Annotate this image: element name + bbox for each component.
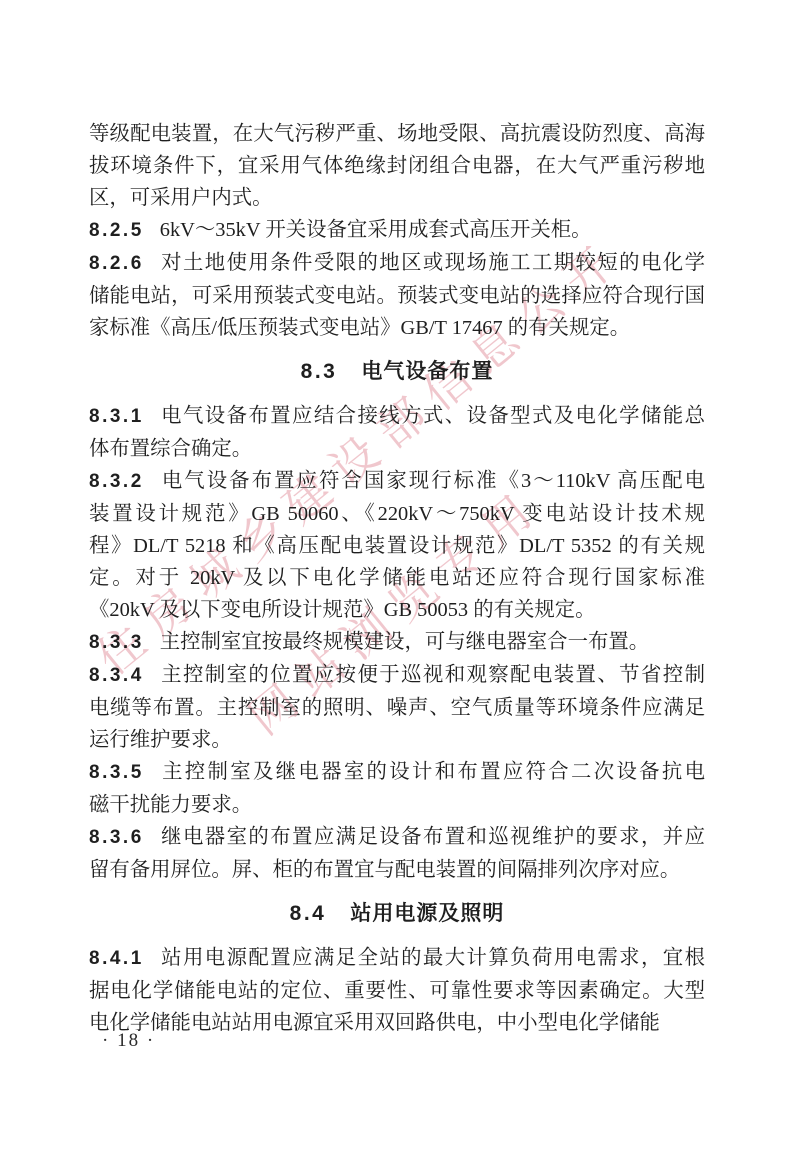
body-line: 8.3.6继电器室的布置应满足设备布置和巡视维护的要求，并应 bbox=[89, 821, 705, 854]
section-number: 8.3 bbox=[301, 360, 338, 383]
line-text: 电气设备布置应符合国家现行标准《3～110kV 高压配电 bbox=[160, 470, 705, 492]
clause-paragraph: 8.3.1电气设备布置应结合接线方式、设备型式及电化学储能总体布置综合确定。 bbox=[89, 400, 705, 465]
body-line: 运行维护要求。 bbox=[89, 724, 705, 756]
section-heading: 8.3电气设备布置 bbox=[89, 355, 705, 389]
line-text: 6kV～35kV 开关设备宜采用成套式高压开关柜。 bbox=[160, 219, 592, 241]
body-line: 8.3.4主控制室的位置应按便于巡视和观察配电装置、节省控制 bbox=[89, 659, 705, 692]
body-line: 区，可采用户内式。 bbox=[89, 182, 705, 214]
line-text: 运行维护要求。 bbox=[89, 729, 232, 751]
line-text: 电缆等布置。主控制室的照明、噪声、空气质量等环境条件应满足 bbox=[89, 697, 705, 719]
body-line: 装置设计规范》GB 50060、《220kV～750kV 变电站设计技术规 bbox=[89, 498, 705, 530]
body-line: 储能电站，可采用预装式变电站。预装式变电站的选择应符合现行国 bbox=[89, 280, 705, 312]
line-text: 拔环境条件下，宜采用气体绝缘封闭组合电器，在大气严重污秽地 bbox=[89, 155, 705, 177]
line-text: 电化学储能电站站用电源宜采用双回路供电，中小型电化学储能 bbox=[89, 1012, 660, 1034]
line-text: 等级配电装置，在大气污秽严重、场地受限、高抗震设防烈度、高海 bbox=[89, 123, 705, 145]
line-text: 站用电源配置应满足全站的最大计算负荷用电需求，宜根 bbox=[160, 947, 705, 969]
body-line: 定。对于 20kV 及以下电化学储能电站还应符合现行国家标准 bbox=[89, 562, 705, 594]
body-line: 8.3.5主控制室及继电器室的设计和布置应符合二次设备抗电 bbox=[89, 756, 705, 789]
body-line: 家标准《高压/低压预装式变电站》GB/T 17467 的有关规定。 bbox=[89, 312, 705, 344]
section-title: 电气设备布置 bbox=[361, 360, 493, 383]
clause-paragraph: 8.3.2电气设备布置应符合国家现行标准《3～110kV 高压配电装置设计规范》… bbox=[89, 465, 705, 626]
body-line: 磁干扰能力要求。 bbox=[89, 789, 705, 821]
line-text: 主控制室及继电器室的设计和布置应符合二次设备抗电 bbox=[160, 761, 705, 783]
clause-paragraph: 8.3.6继电器室的布置应满足设备布置和巡视维护的要求，并应留有备用屏位。屏、柜… bbox=[89, 821, 705, 886]
section-title: 站用电源及照明 bbox=[350, 902, 504, 925]
line-text: 继电器室的布置应满足设备布置和巡视维护的要求，并应 bbox=[160, 826, 705, 848]
body-line: 等级配电装置，在大气污秽严重、场地受限、高抗震设防烈度、高海 bbox=[89, 118, 705, 150]
body-line: 8.3.3主控制室宜按最终规模建设，可与继电器室合一布置。 bbox=[89, 626, 705, 659]
body-line: 拔环境条件下，宜采用气体绝缘封闭组合电器，在大气严重污秽地 bbox=[89, 150, 705, 182]
clause-number: 8.3.5 bbox=[89, 762, 144, 783]
clause-paragraph: 8.3.3主控制室宜按最终规模建设，可与继电器室合一布置。 bbox=[89, 626, 705, 659]
body-line: 8.2.56kV～35kV 开关设备宜采用成套式高压开关柜。 bbox=[89, 214, 705, 247]
line-text: 装置设计规范》GB 50060、《220kV～750kV 变电站设计技术规 bbox=[89, 503, 705, 525]
document-body: 等级配电装置，在大气污秽严重、场地受限、高抗震设防烈度、高海拔环境条件下，宜采用… bbox=[89, 118, 705, 1039]
line-text: 据电化学储能电站的定位、重要性、可靠性要求等因素确定。大型 bbox=[89, 980, 705, 1002]
document-page: 住房城乡建设部信息公开 网站浏览专用 等级配电装置，在大气污秽严重、场地受限、高… bbox=[0, 0, 793, 1150]
section-number: 8.4 bbox=[290, 902, 327, 925]
body-line: 8.4.1站用电源配置应满足全站的最大计算负荷用电需求，宜根 bbox=[89, 942, 705, 975]
line-text: 定。对于 20kV 及以下电化学储能电站还应符合现行国家标准 bbox=[89, 567, 705, 589]
line-text: 体布置综合确定。 bbox=[89, 438, 252, 460]
clause-number: 8.4.1 bbox=[89, 948, 144, 969]
body-line: 8.3.2电气设备布置应符合国家现行标准《3～110kV 高压配电 bbox=[89, 465, 705, 498]
clause-number: 8.3.4 bbox=[89, 665, 144, 686]
body-paragraph: 等级配电装置，在大气污秽严重、场地受限、高抗震设防烈度、高海拔环境条件下，宜采用… bbox=[89, 118, 705, 214]
line-text: 区，可采用户内式。 bbox=[89, 187, 273, 209]
clause-paragraph: 8.3.5主控制室及继电器室的设计和布置应符合二次设备抗电磁干扰能力要求。 bbox=[89, 756, 705, 821]
body-line: 据电化学储能电站的定位、重要性、可靠性要求等因素确定。大型 bbox=[89, 975, 705, 1007]
body-line: 留有备用屏位。屏、柜的布置宜与配电装置的间隔排列次序对应。 bbox=[89, 854, 705, 886]
clause-paragraph: 8.2.56kV～35kV 开关设备宜采用成套式高压开关柜。 bbox=[89, 214, 705, 247]
body-line: 8.2.6对土地使用条件受限的地区或现场施工工期较短的电化学 bbox=[89, 247, 705, 280]
line-text: 程》DL/T 5218 和《高压配电装置设计规范》DL/T 5352 的有关规 bbox=[89, 535, 705, 557]
section-heading: 8.4站用电源及照明 bbox=[89, 897, 705, 931]
clause-number: 8.2.6 bbox=[89, 253, 144, 274]
body-line: 程》DL/T 5218 和《高压配电装置设计规范》DL/T 5352 的有关规 bbox=[89, 530, 705, 562]
line-text: 对土地使用条件受限的地区或现场施工工期较短的电化学 bbox=[160, 252, 705, 274]
body-line: 《20kV 及以下变电所设计规范》GB 50053 的有关规定。 bbox=[89, 594, 705, 626]
clause-paragraph: 8.3.4主控制室的位置应按便于巡视和观察配电装置、节省控制电缆等布置。主控制室… bbox=[89, 659, 705, 756]
line-text: 主控制室宜按最终规模建设，可与继电器室合一布置。 bbox=[160, 631, 649, 653]
line-text: 磁干扰能力要求。 bbox=[89, 794, 252, 816]
body-line: 体布置综合确定。 bbox=[89, 433, 705, 465]
line-text: 主控制室的位置应按便于巡视和观察配电装置、节省控制 bbox=[160, 664, 705, 686]
line-text: 《20kV 及以下变电所设计规范》GB 50053 的有关规定。 bbox=[89, 599, 596, 621]
body-line: 电化学储能电站站用电源宜采用双回路供电，中小型电化学储能 bbox=[89, 1007, 705, 1039]
clause-paragraph: 8.2.6对土地使用条件受限的地区或现场施工工期较短的电化学储能电站，可采用预装… bbox=[89, 247, 705, 344]
clause-paragraph: 8.4.1站用电源配置应满足全站的最大计算负荷用电需求，宜根据电化学储能电站的定… bbox=[89, 942, 705, 1039]
clause-number: 8.3.1 bbox=[89, 406, 144, 427]
clause-number: 8.3.3 bbox=[89, 632, 144, 653]
clause-number: 8.3.6 bbox=[89, 827, 144, 848]
body-line: 8.3.1电气设备布置应结合接线方式、设备型式及电化学储能总 bbox=[89, 400, 705, 433]
line-text: 储能电站，可采用预装式变电站。预装式变电站的选择应符合现行国 bbox=[89, 285, 705, 307]
body-line: 电缆等布置。主控制室的照明、噪声、空气质量等环境条件应满足 bbox=[89, 692, 705, 724]
page-number: · 18 · bbox=[102, 1030, 155, 1052]
line-text: 电气设备布置应结合接线方式、设备型式及电化学储能总 bbox=[160, 405, 705, 427]
clause-number: 8.2.5 bbox=[89, 220, 144, 241]
line-text: 留有备用屏位。屏、柜的布置宜与配电装置的间隔排列次序对应。 bbox=[89, 859, 680, 881]
clause-number: 8.3.2 bbox=[89, 471, 144, 492]
line-text: 家标准《高压/低压预装式变电站》GB/T 17467 的有关规定。 bbox=[89, 317, 630, 339]
